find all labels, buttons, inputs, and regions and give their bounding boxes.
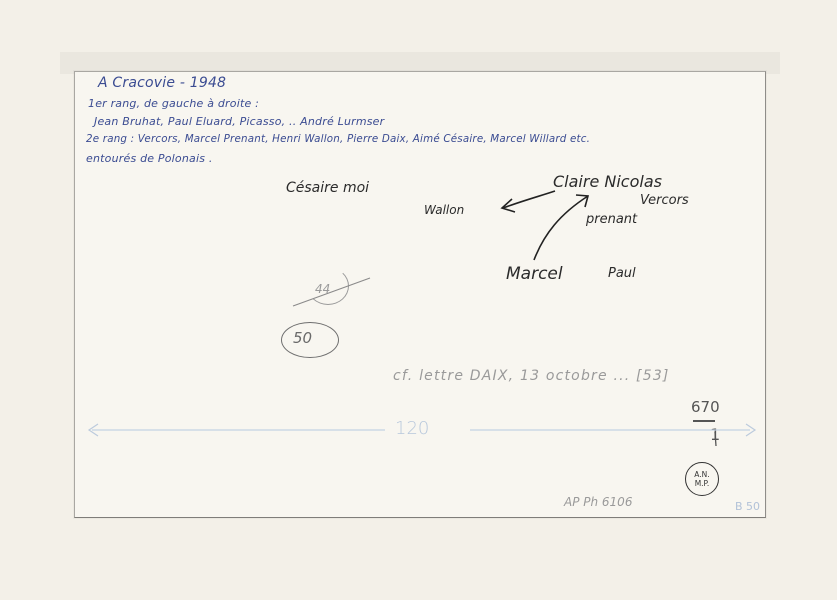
archives-nationales-stamp: A.N. M.P.	[685, 462, 719, 496]
diagram-label-marcel: Marcel	[506, 264, 563, 284]
inventory-number: AP Ph 6106	[564, 495, 632, 509]
diagram-label-wallon: Wallon	[424, 203, 464, 217]
crossed-number-circle	[307, 267, 349, 305]
stamp-line-1: A.N.	[694, 470, 709, 479]
dimension-label: 120	[395, 418, 429, 439]
caption-surrounded-by: entourés de Polonais .	[86, 152, 213, 165]
caption-first-row-heading: 1er rang, de gauche à droite :	[88, 97, 259, 110]
corner-mark: B 50	[735, 500, 760, 513]
fraction-numerator: 670	[691, 398, 720, 416]
caption-location-date: A Cracovie - 1948	[98, 75, 226, 91]
diagram-label-cesaire-moi: Césaire moi	[286, 180, 369, 196]
stamp-line-2: M.P.	[695, 479, 710, 488]
fraction-bar	[693, 420, 715, 422]
diagram-label-paul: Paul	[608, 266, 636, 281]
reference-note: cf. lettre DAIX, 13 octobre ... [53]	[393, 368, 670, 384]
mount-board: A Cracovie - 1948 1er rang, de gauche à …	[0, 0, 837, 600]
circled-number: 50	[293, 329, 312, 347]
diagram-label-claire-nicolas: Claire Nicolas	[553, 172, 662, 191]
fraction-denominator: 1	[710, 425, 720, 444]
diagram-label-prenant: prenant	[586, 212, 637, 227]
caption-second-row-names: 2e rang : Vercors, Marcel Prenant, Henri…	[86, 133, 590, 145]
diagram-label-vercors: Vercors	[640, 193, 689, 208]
caption-first-row-names: Jean Bruhat, Paul Eluard, Picasso, .. An…	[94, 115, 384, 128]
